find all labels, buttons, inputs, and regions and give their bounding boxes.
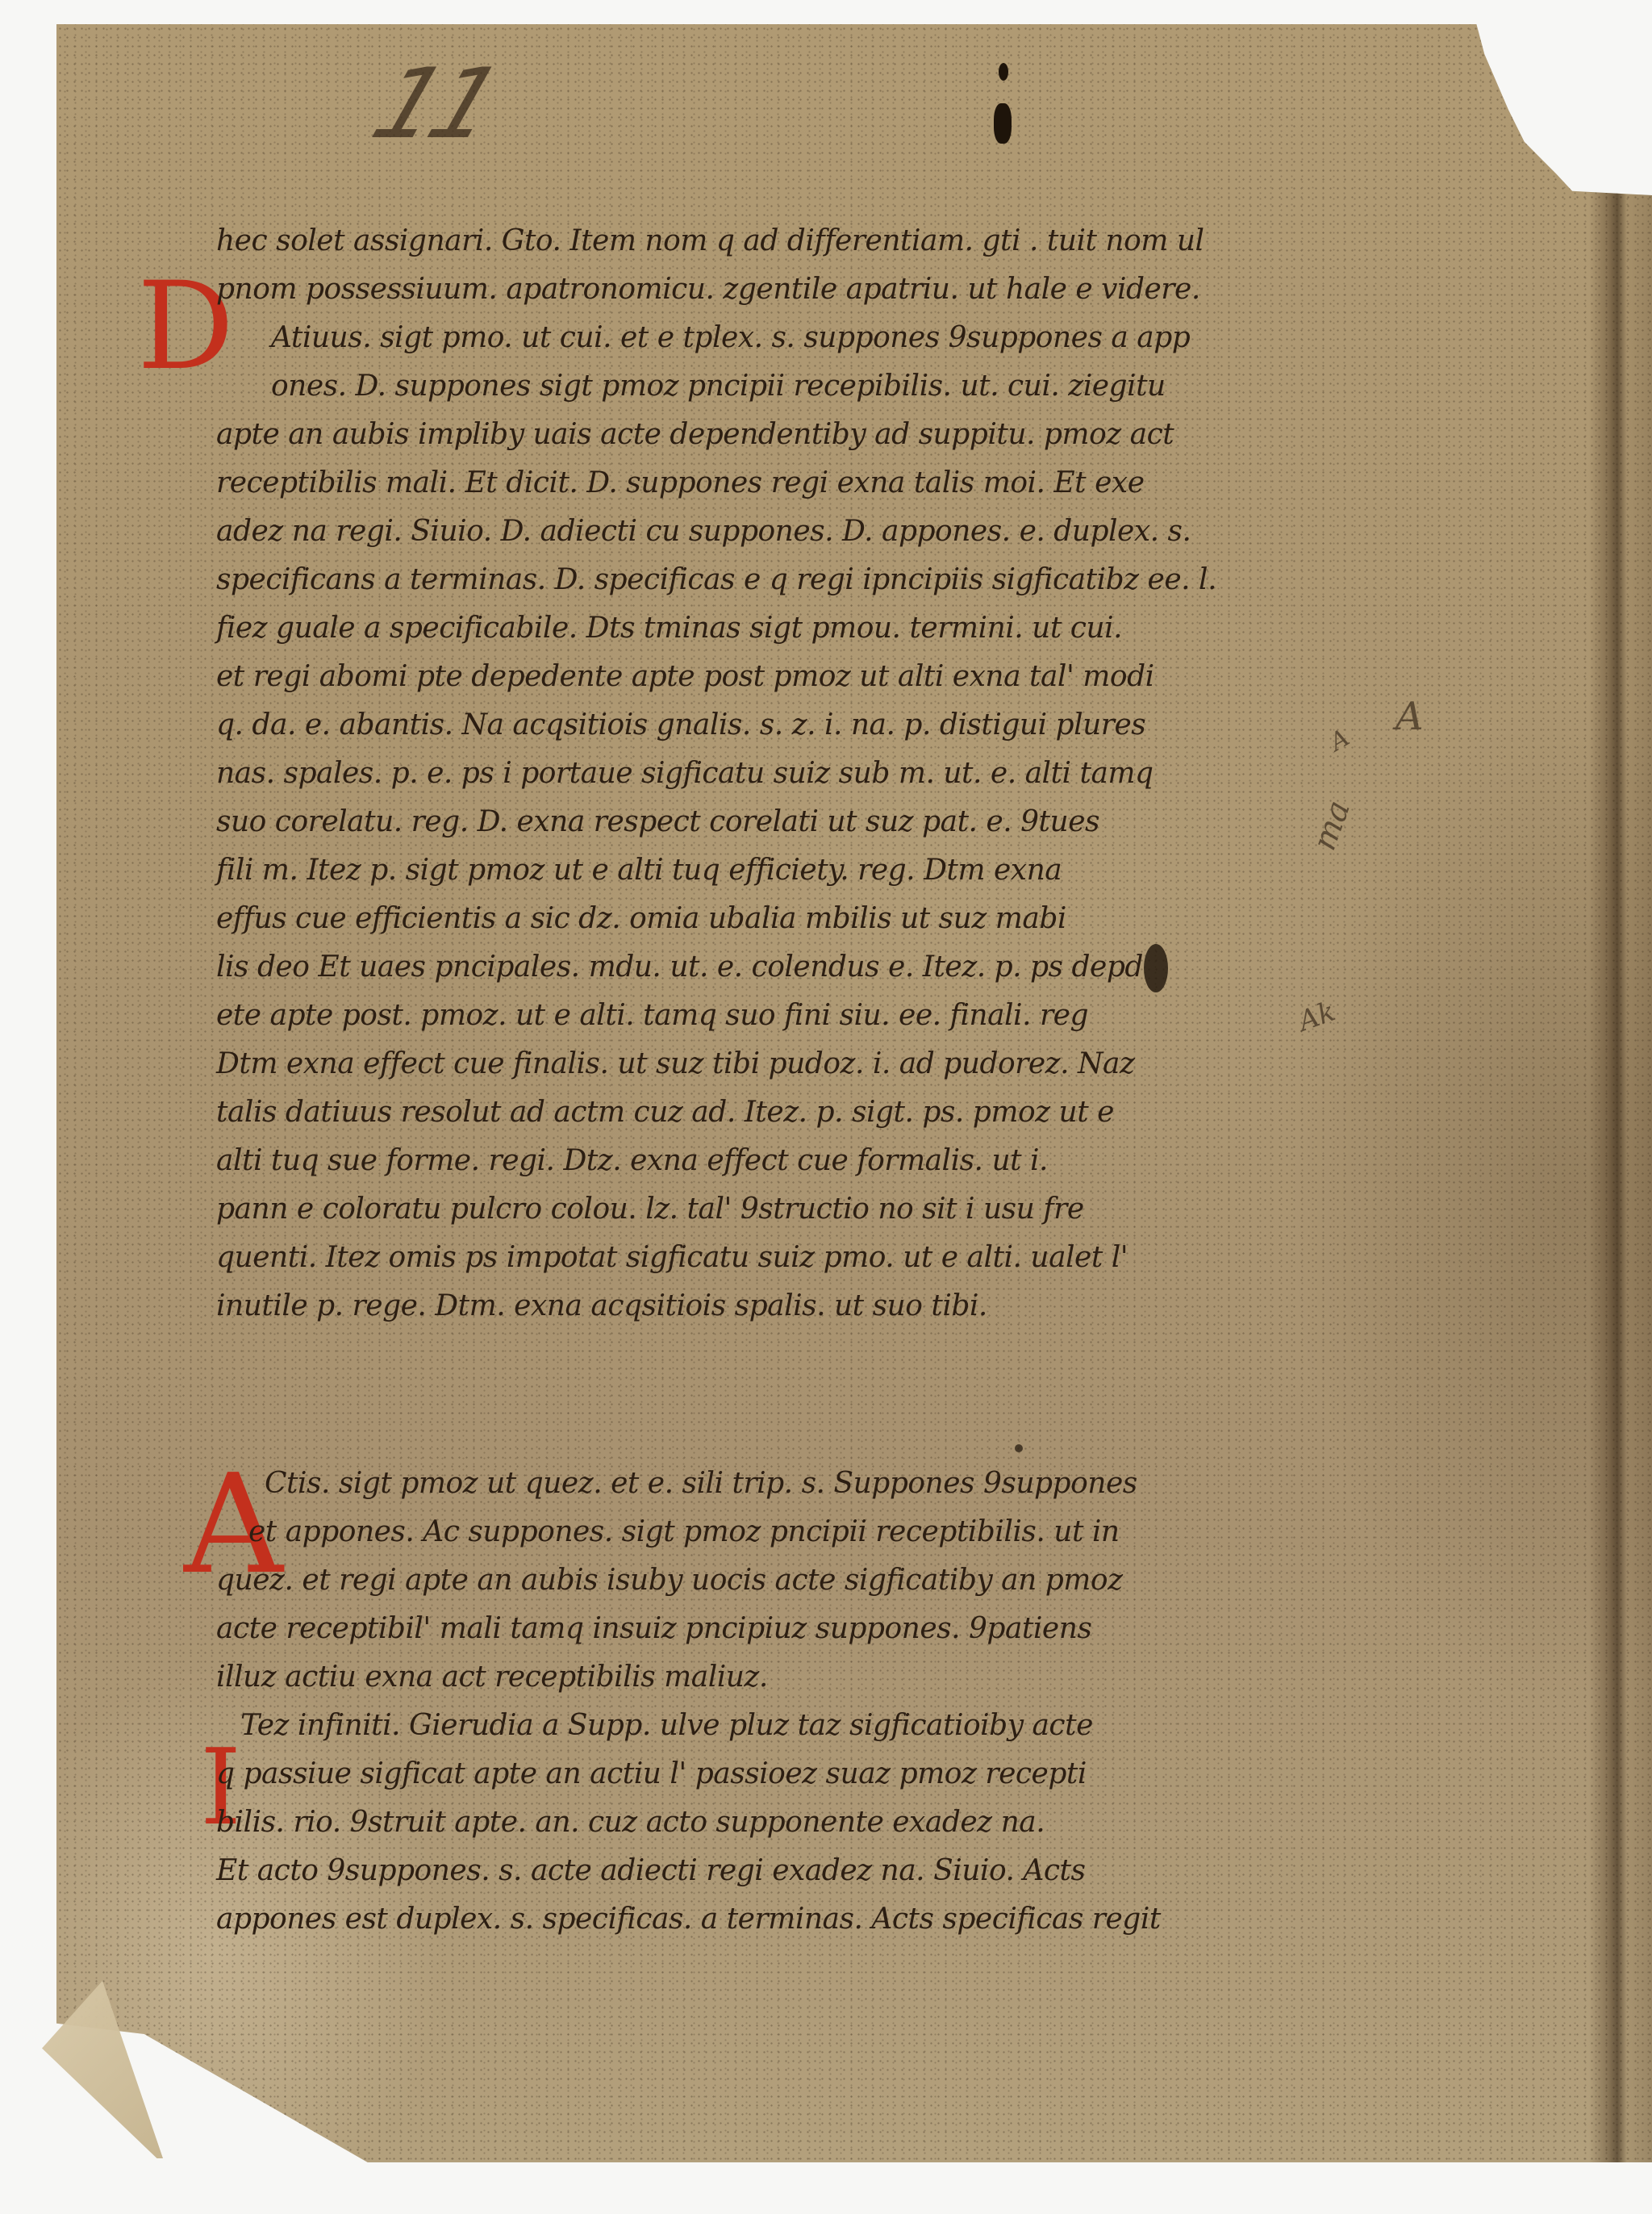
text-line: Ctis. sigt pmoz ut quez. et e. sili trip… <box>265 1467 1137 1514</box>
text-line: Dtm exna effect cue finalis. ut suz tibi… <box>216 1047 1134 1094</box>
text-line: ones. D. suppones sigt pmoz pncipii rece… <box>271 370 1166 416</box>
text-line: pann e coloratu pulcro colou. lz. tal' 9… <box>216 1193 1084 1239</box>
text-line: receptibilis mali. Et dicit. D. suppones… <box>216 466 1145 513</box>
text-line: suo corelatu. reg. D. exna respect corel… <box>216 805 1099 852</box>
text-line: fiez guale a specificabile. Dts tminas s… <box>216 612 1122 658</box>
text-line: Atiuus. sigt pmo. ut cui. et e tplex. s.… <box>271 321 1190 368</box>
text-line: inutile p. rege. Dtm. exna acqsitiois sp… <box>216 1289 987 1336</box>
text-line: bilis. rio. 9struit apte. an. cuz acto s… <box>216 1806 1045 1853</box>
text-line: ete apte post. pmoz. ut e alti. tamq suo… <box>216 999 1088 1046</box>
text-line: talis datiuus resolut ad actm cuz ad. It… <box>216 1096 1114 1143</box>
text-line: pnom possessiuum. apatronomicu. zgentile… <box>216 273 1200 320</box>
ink-blot <box>999 63 1008 81</box>
text-line: lis deo Et uaes pncipales. mdu. ut. e. c… <box>216 950 1143 997</box>
text-line: q passiue sigficat apte an actiu l' pass… <box>216 1757 1087 1804</box>
text-line: nas. spales. p. e. ps i portaue sigficat… <box>216 757 1153 804</box>
text-line: et regi abomi pte depedente apte post pm… <box>216 660 1154 707</box>
text-line: specificans a terminas. D. specificas e … <box>216 563 1216 610</box>
text-line: et appones. Ac suppones. sigt pmoz pncip… <box>248 1515 1120 1562</box>
text-line: alti tuq sue forme. regi. Dtz. exna effe… <box>216 1144 1048 1191</box>
text-line: quez. et regi apte an aubis isuby uocis … <box>216 1564 1123 1610</box>
ink-blot <box>994 103 1012 144</box>
text-line: q. da. e. abantis. Na acqsitiois gnalis.… <box>216 708 1145 755</box>
text-line: fili m. Itez p. sigt pmoz ut e alti tuq … <box>216 854 1062 900</box>
text-line: adez na regi. Siuio. D. adiecti cu suppo… <box>216 515 1191 562</box>
text-line: Tez infiniti. Gierudia a Supp. ulve pluz… <box>240 1709 1093 1756</box>
text-line: quenti. Itez omis ps impotat sigficatu s… <box>216 1241 1128 1288</box>
ink-blot <box>1144 944 1168 992</box>
binding-gutter <box>1589 24 1652 2162</box>
ink-blot <box>1015 1444 1023 1452</box>
text-line: apte an aubis impliby uais acte dependen… <box>216 418 1174 465</box>
text-line: appones est duplex. s. specificas. a ter… <box>216 1903 1161 1949</box>
text-line: acte receptibil' mali tamq insuiz pncipi… <box>216 1612 1091 1659</box>
text-line: hec solet assignari. Gto. Item nom q ad … <box>216 224 1204 271</box>
text-line: effus cue efficientis a sic dz. omia uba… <box>216 902 1066 949</box>
text-line: illuz actiu exna act receptibilis maliuz… <box>216 1660 768 1707</box>
margin-pen-trial: A <box>1395 694 1424 739</box>
text-line: Et acto 9suppones. s. acte adiecti regi … <box>216 1854 1085 1901</box>
